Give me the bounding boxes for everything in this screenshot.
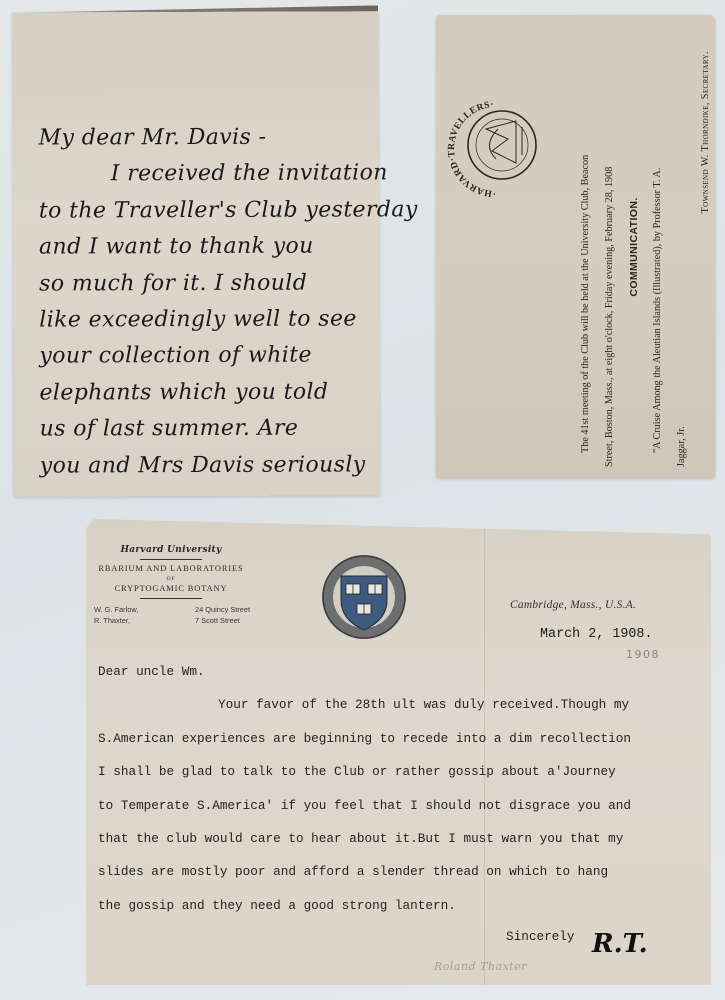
letterhead-university: Harvard University	[86, 545, 256, 555]
letter-body-line: slides are mostly poor and afford a slen…	[98, 855, 708, 888]
handwritten-salutation: My dear Mr. Davis -	[39, 119, 369, 157]
letter-salutation: Dear uncle Wm.	[98, 655, 708, 688]
letterhead: Harvard University RBARIUM AND LABORATOR…	[86, 545, 256, 603]
letterhead-rule	[140, 598, 202, 599]
card-paragraph-line: The 41st meeting of the Club will be hel…	[574, 27, 598, 467]
staff-address: 24 Quincy Street	[195, 605, 285, 616]
letter-body: Dear uncle Wm. Your favor of the 28th ul…	[98, 655, 708, 922]
handwritten-letter: My dear Mr. Davis - I received the invit…	[12, 11, 380, 496]
handwritten-line: and I want to thank you	[39, 229, 369, 267]
card-signature: Townsend W. Thorndike, Secretary.	[694, 27, 718, 467]
card-content: ·HARVARD·TRAVELLERS·CLUB· The 41st meeti…	[446, 27, 706, 467]
staff-name: W. G. Farlow,	[94, 605, 164, 616]
signature-initials: R.T.	[592, 929, 648, 959]
letterhead-department-line2: CRYPTOGAMIC BOTANY	[86, 584, 256, 594]
handwritten-text: My dear Mr. Davis - I received the invit…	[39, 119, 370, 484]
card-paragraph-line: Street, Boston, Mass., at eight o'clock,…	[598, 27, 622, 467]
card-communication-line: "A Cruise Among the Aleutian Islands (Il…	[646, 27, 670, 467]
letter-body-line: the gossip and they need a good strong l…	[98, 889, 708, 922]
letter-body-line: S.American experiences are beginning to …	[98, 722, 708, 755]
staff-address: 7 Scott Street	[195, 616, 285, 627]
handwritten-line: so much for it. I should	[39, 265, 369, 303]
letterhead-rule	[140, 559, 202, 560]
staff-name: R. Thaxter,	[94, 616, 164, 627]
handwritten-line: to the Traveller's Club yesterday	[39, 192, 369, 230]
typed-letter: Harvard University RBARIUM AND LABORATOR…	[86, 519, 711, 985]
letter-closing: Sincerely	[506, 929, 575, 944]
letter-body-line: I shall be glad to talk to the Club or r…	[98, 755, 708, 788]
card-text: The 41st meeting of the Club will be hel…	[574, 27, 718, 467]
letter-place: Cambridge, Mass., U.S.A.	[510, 599, 636, 611]
letter-body-line: to Temperate S.America' if you feel that…	[98, 789, 708, 822]
letterhead-department-line1: RBARIUM AND LABORATORIES	[86, 564, 256, 574]
handwritten-line: you and Mrs Davis seriously	[40, 447, 370, 485]
handwritten-line: us of last summer. Are	[40, 411, 370, 449]
letter-date: March 2, 1908.	[540, 627, 653, 642]
letter-body-line: that the club would care to hear about i…	[98, 822, 708, 855]
invitation-card: ·HARVARD·TRAVELLERS·CLUB· The 41st meeti…	[436, 15, 715, 478]
harvard-seal-icon	[321, 554, 407, 640]
handwritten-line: elephants which you told	[39, 374, 369, 412]
letter-body-line: Your favor of the 28th ult was duly rece…	[98, 688, 708, 721]
handwritten-line: like exceedingly well to see	[39, 301, 369, 339]
letterhead-of: OF	[86, 574, 256, 584]
handwritten-line: I received the invitation	[39, 156, 369, 194]
travellers-club-emblem-icon: ·HARVARD·TRAVELLERS·CLUB·	[446, 99, 546, 199]
card-heading: COMMUNICATION.	[622, 27, 646, 467]
handwritten-line: your collection of white	[39, 338, 369, 376]
card-communication-line: Jaggar, Jr.	[670, 27, 694, 467]
pencil-name-annotation: Roland Thaxter	[434, 960, 527, 973]
